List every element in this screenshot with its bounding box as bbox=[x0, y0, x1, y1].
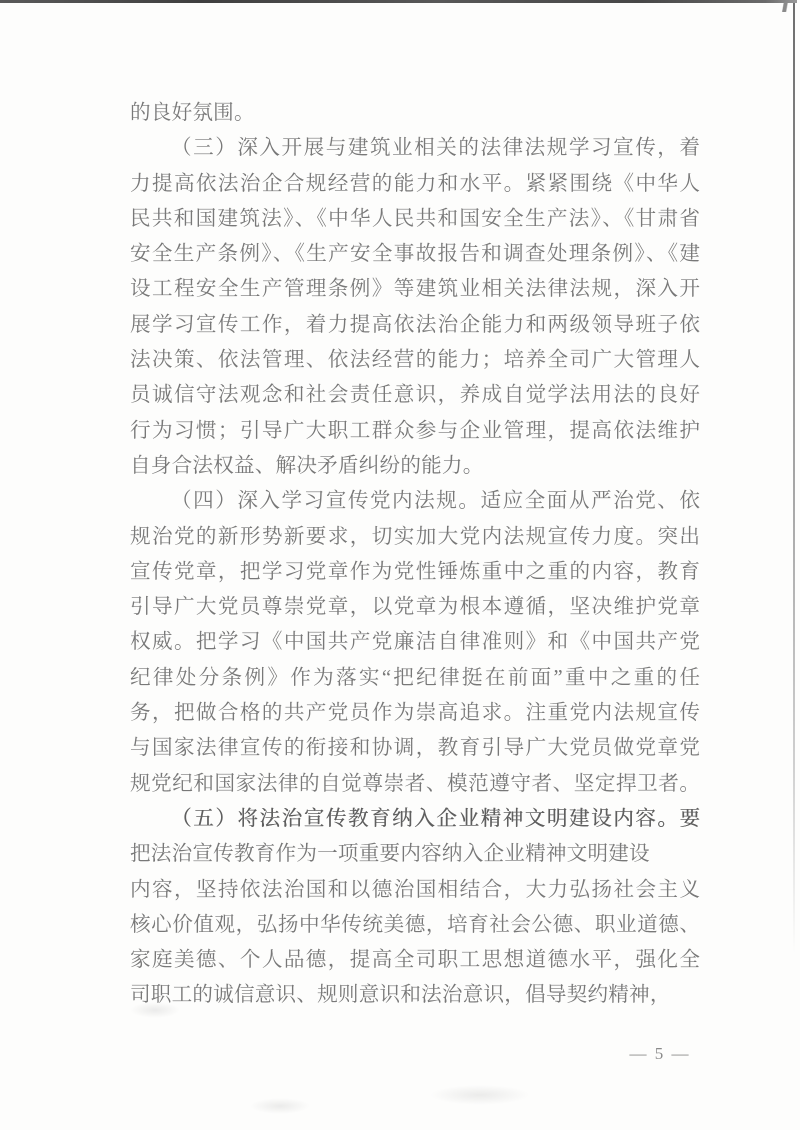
text-line: 安全生产条例》、《生产安全事故报告和调查处理条例》、《建 bbox=[130, 237, 700, 272]
text-line: 自身合法权益、解决矛盾纠纷的能力。 bbox=[130, 449, 700, 484]
text-line: 力提高依法治企合规经营的能力和水平。紧紧围绕《中华人 bbox=[130, 167, 700, 202]
text-line: 的良好氛围。 bbox=[130, 96, 700, 131]
scanned-document-page: 的良好氛围。（三）深入开展与建筑业相关的法律法规学习宣传，着力提高依法治企合规经… bbox=[0, 0, 800, 1130]
text-line: 内容，坚持依法治国和以德治国相结合，大力弘扬社会主义 bbox=[130, 873, 700, 908]
scan-smudge bbox=[250, 1098, 310, 1114]
text-line: 员诚信守法观念和社会责任意识，养成自觉学法用法的良好 bbox=[130, 378, 700, 413]
text-line: 行为习惯；引导广大职工群众参与企业管理，提高依法维护 bbox=[130, 414, 700, 449]
text-line: 纪律处分条例》作为落实“把纪律挺在前面”重中之重的任 bbox=[130, 661, 700, 696]
scan-edge-right bbox=[793, 3, 795, 953]
text-line: 设工程安全生产管理条例》等建筑业相关法律法规，深入开 bbox=[130, 272, 700, 307]
text-line: 引导广大党员尊崇党章，以党章为根本遵循，坚决维护党章 bbox=[130, 590, 700, 625]
text-line: 与国家法律宣传的衔接和协调，教育引导广大党员做党章党 bbox=[130, 731, 700, 766]
scan-edge-top bbox=[0, 0, 797, 3]
page-number: — 5 — bbox=[600, 1044, 720, 1064]
text-line: 规党纪和国家法律的自觉尊崇者、模范遵守者、坚定捍卫者。 bbox=[130, 767, 700, 802]
text-line: 展学习宣传工作，着力提高依法治企能力和两级领导班子依 bbox=[130, 308, 700, 343]
document-text-block: 的良好氛围。（三）深入开展与建筑业相关的法律法规学习宣传，着力提高依法治企合规经… bbox=[130, 96, 700, 1014]
text-line: 司职工的诚信意识、规则意识和法治意识，倡导契约精神， bbox=[130, 978, 700, 1013]
text-line: 法决策、依法管理、依法经营的能力；培养全司广大管理人 bbox=[130, 343, 700, 378]
text-line: 规治党的新形势新要求，切实加大党内法规宣传力度。突出 bbox=[130, 520, 700, 555]
text-line: （三）深入开展与建筑业相关的法律法规学习宣传，着 bbox=[130, 131, 700, 166]
text-line: 把法治宣传教育作为一项重要内容纳入企业精神文明建设 bbox=[130, 837, 700, 872]
text-line: 家庭美德、个人品德，提高全司职工思想道德水平，强化全 bbox=[130, 943, 700, 978]
text-line: （五）将法治宣传教育纳入企业精神文明建设内容。要 bbox=[130, 802, 700, 837]
text-line: 核心价值观，弘扬中华传统美德，培育社会公德、职业道德、 bbox=[130, 908, 700, 943]
text-line: 权威。把学习《中国共产党廉洁自律准则》和《中国共产党 bbox=[130, 625, 700, 660]
text-line: 民共和国建筑法》、《中华人民共和国安全生产法》、《甘肃省 bbox=[130, 202, 700, 237]
text-line: 务，把做合格的共产党员作为崇高追求。注重党内法规宣传 bbox=[130, 696, 700, 731]
text-line: （四）深入学习宣传党内法规。适应全面从严治党、依 bbox=[130, 484, 700, 519]
text-line: 宣传党章，把学习党章作为党性锤炼重中之重的内容，教育 bbox=[130, 555, 700, 590]
scan-smudge bbox=[430, 1085, 530, 1105]
